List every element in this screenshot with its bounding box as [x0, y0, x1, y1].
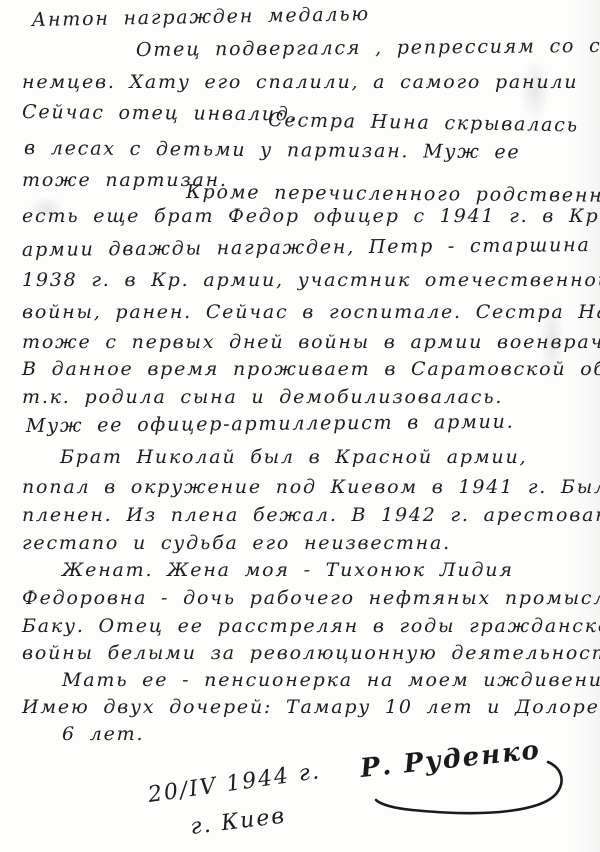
handwritten-line: Сейчас отец инвалид. — [22, 102, 298, 125]
place-line: г. Киев — [189, 803, 287, 840]
handwritten-line: Отец подвергался , репрессиям со стороны — [136, 35, 600, 61]
handwritten-line: пленен. Из плена бежал. В 1942 г. аресто… — [22, 505, 600, 526]
handwritten-line: 1938 г. в Кр. армии, участник отечествен… — [22, 270, 600, 291]
handwritten-line: Сестра Нина скрывалась — [268, 110, 579, 136]
handwritten-line: есть еще брат Федор офицер с 1941 г. в К… — [22, 206, 600, 227]
handwritten-line: в лесах с детьми у партизан. Муж ее — [24, 138, 521, 163]
handwritten-line: гестапо и судьба его неизвестна. — [22, 533, 451, 554]
handwritten-line: тоже с первых дней войны в армии военвра… — [22, 332, 600, 353]
handwritten-line: Брат Николай был в Красной армии, — [60, 447, 527, 468]
handwritten-line: войны, ранен. Сейчас в госпитале. Сестра… — [22, 302, 600, 323]
handwritten-line: Женат. Жена моя - Тихонюк Лидия — [62, 560, 514, 581]
handwritten-line: Антон награжден медалью — [32, 4, 371, 31]
handwritten-line: Имею двух дочерей: Тамару 10 лет и Долор… — [22, 697, 600, 718]
handwritten-line: попал в окружение под Киевом в 1941 г. Б… — [22, 477, 600, 498]
date-line: 20/IV 1944 г. — [147, 759, 323, 808]
handwritten-line: армии дважды награжден, Петр - старшина — [22, 235, 591, 261]
handwritten-line: Мать ее - пенсионерка на моем иждивении. — [62, 670, 600, 691]
handwritten-line: Баку. Отец ее расстрелян в годы гражданс… — [22, 616, 600, 637]
handwritten-line: войны белыми за революционную деятельнос… — [22, 643, 600, 664]
handwritten-line: т.к. родила сына и демобилизовалась. — [22, 387, 503, 408]
signature-block: Р. Руденко — [352, 748, 582, 828]
handwritten-line: немцев. Хату его спалили, а самого ранил… — [22, 72, 578, 93]
handwritten-line: Муж ее офицер-артиллерист в армии. — [26, 412, 515, 437]
handwritten-line: Кроме перечисленного родственников — [186, 182, 600, 207]
handwritten-line: В данное время проживает в Саратовской о… — [22, 359, 600, 380]
handwritten-line: Федоровна - дочь рабочего нефтяных промы… — [22, 588, 600, 609]
handwritten-line: 6 лет. — [62, 724, 144, 745]
scanned-handwritten-letter-page: Антон награжден медалью Отец подвергался… — [0, 0, 600, 852]
